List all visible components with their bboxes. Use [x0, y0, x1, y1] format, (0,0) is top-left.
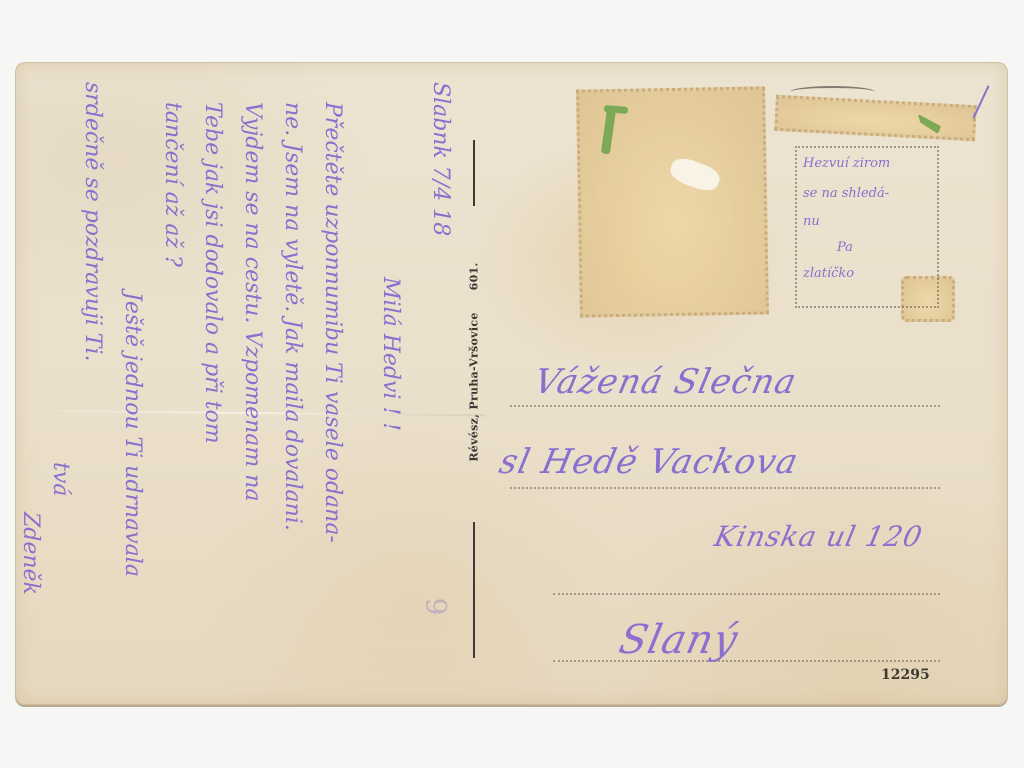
- message-greeting: Milá Hedvi ! !: [378, 277, 403, 431]
- box-text-line: se na shledá-: [803, 186, 889, 201]
- box-text-line: nu: [803, 214, 820, 229]
- address-recipient-name: sl Hedě Vackova: [496, 442, 802, 482]
- address-line: [553, 660, 940, 662]
- box-text-line: Pa: [837, 240, 853, 255]
- address-street: Kinska ul 120: [711, 520, 925, 553]
- message-line: Ještě jednou Ti udrnavala: [120, 292, 145, 577]
- message-signature: Zdeněk: [18, 512, 43, 595]
- pencil-mark: 9: [419, 598, 452, 616]
- message-line: Tebe jak jsi dodovalo a při tom: [200, 102, 225, 444]
- message-line: Přečtěte uzponnumibu Ti vasele odana-: [320, 102, 345, 543]
- box-text-line: zlatíčko: [803, 266, 854, 281]
- message-line: ne. Jsem na vyletě. Jak maila dovalani.: [280, 102, 305, 531]
- message-line: Vyjdem se na cestu. Vzpomenam na: [240, 102, 265, 502]
- ink-mark: [972, 85, 989, 118]
- printer-imprint: Révész, Pruha-Vršovice601.: [468, 262, 481, 461]
- message-closing: tvá: [48, 462, 73, 496]
- printer-number: 601.: [468, 262, 481, 290]
- message-place-date: Slabnk 7/4 18: [428, 82, 453, 236]
- printer-name: Révész, Pruha-Vršovice: [468, 312, 481, 461]
- address-recipient-title: Vážená Slečna: [531, 362, 801, 402]
- address-line: [510, 487, 940, 489]
- address-city: Slaný: [615, 617, 742, 663]
- address-line: [510, 405, 940, 407]
- box-text-line: Hezvuí zirom: [803, 156, 890, 171]
- torn-stamp-right: [774, 95, 977, 141]
- center-divider: [473, 522, 475, 658]
- message-line: tančení až až ?: [160, 102, 185, 267]
- message-line: srdečně se pozdravuji Ti.: [80, 82, 105, 362]
- stamp-box-message: Hezvuí zirom se na shledá- nu Pa zlatíčk…: [795, 146, 939, 308]
- postmark-fragment: [790, 86, 875, 98]
- postcard: Hezvuí zirom se na shledá- nu Pa zlatíčk…: [15, 62, 1008, 705]
- serial-number: 12295: [881, 667, 930, 683]
- center-divider: [473, 140, 475, 206]
- address-line: [553, 593, 940, 595]
